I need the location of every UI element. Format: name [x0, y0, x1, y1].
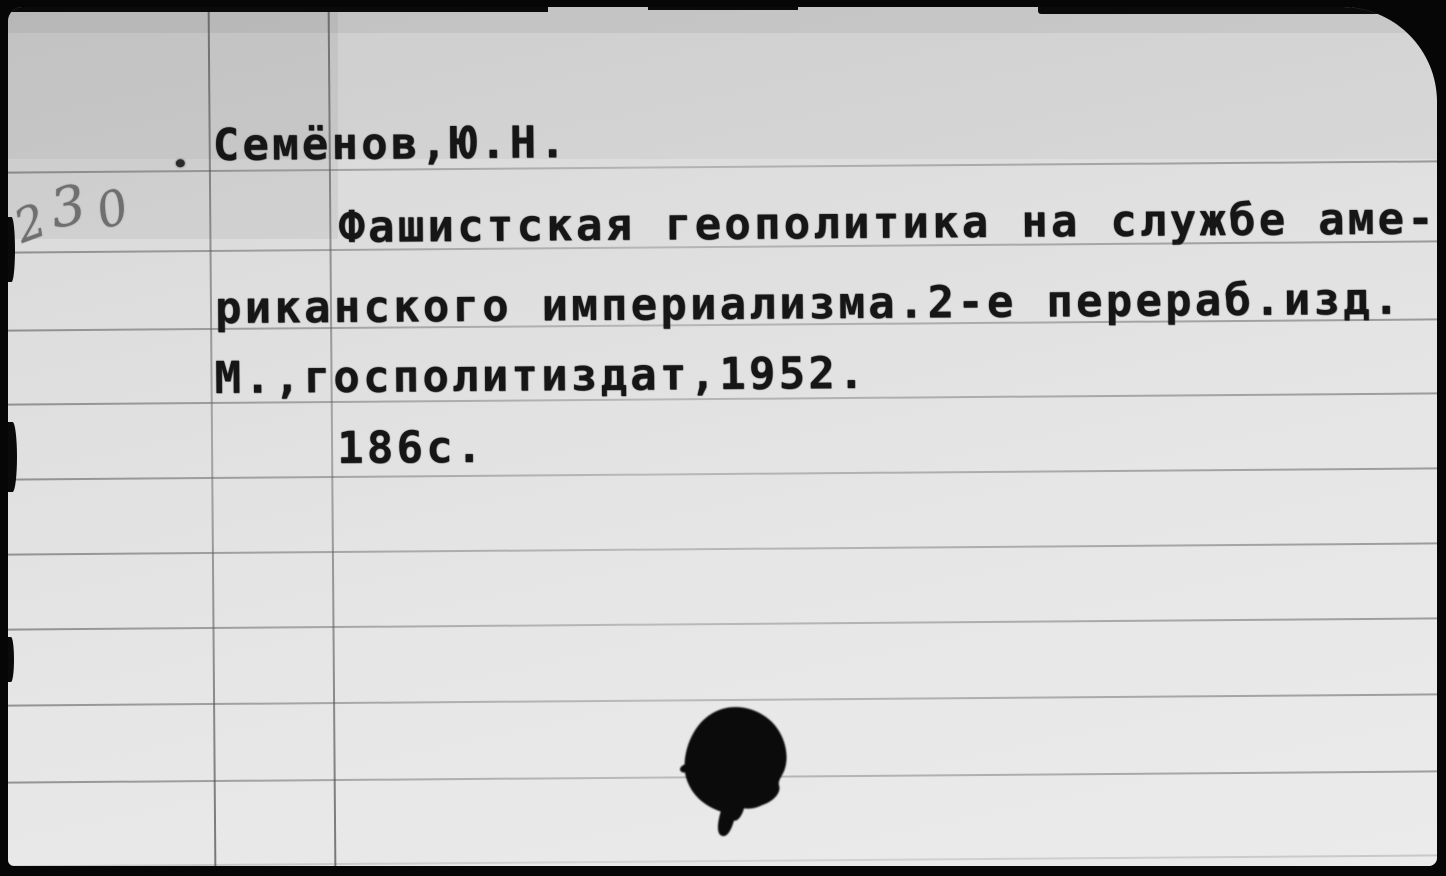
title-line-1: Фашистская геополитика на службе аме- [338, 197, 1437, 250]
imprint-line: М.,госполитиздат,1952. [214, 352, 868, 401]
handwritten-call-number: 230 [9, 167, 175, 247]
scan-edge-artifact [8, 637, 14, 682]
ruled-line [8, 854, 1437, 866]
scanned-catalog-card-page: 230 Семёнов,Ю.Н. Фашистская геополитика … [0, 0, 1446, 876]
call-digit: 3 [46, 173, 101, 240]
scan-edge-artifact [1038, 7, 1437, 14]
dot-mark [176, 159, 185, 167]
catalog-card: 230 Семёнов,Ю.Н. Фашистская геополитика … [8, 7, 1437, 866]
pagination-line: 186с. [337, 426, 486, 471]
scan-edge-artifact [8, 217, 15, 282]
scan-edge-artifact [8, 422, 17, 492]
ruled-line [8, 467, 1437, 480]
ruled-line [8, 617, 1437, 630]
ruled-line [8, 542, 1437, 555]
author-line: Семёнов,Ю.Н. [213, 121, 570, 168]
scan-edge-artifact [648, 7, 798, 10]
title-line-2: риканского империализма.2-е перераб.изд. [215, 278, 1403, 331]
card-sheet: 230 Семёнов,Ю.Н. Фашистская геополитика … [8, 7, 1437, 866]
scan-edge-artifact [8, 7, 548, 12]
ink-blot [676, 703, 795, 846]
